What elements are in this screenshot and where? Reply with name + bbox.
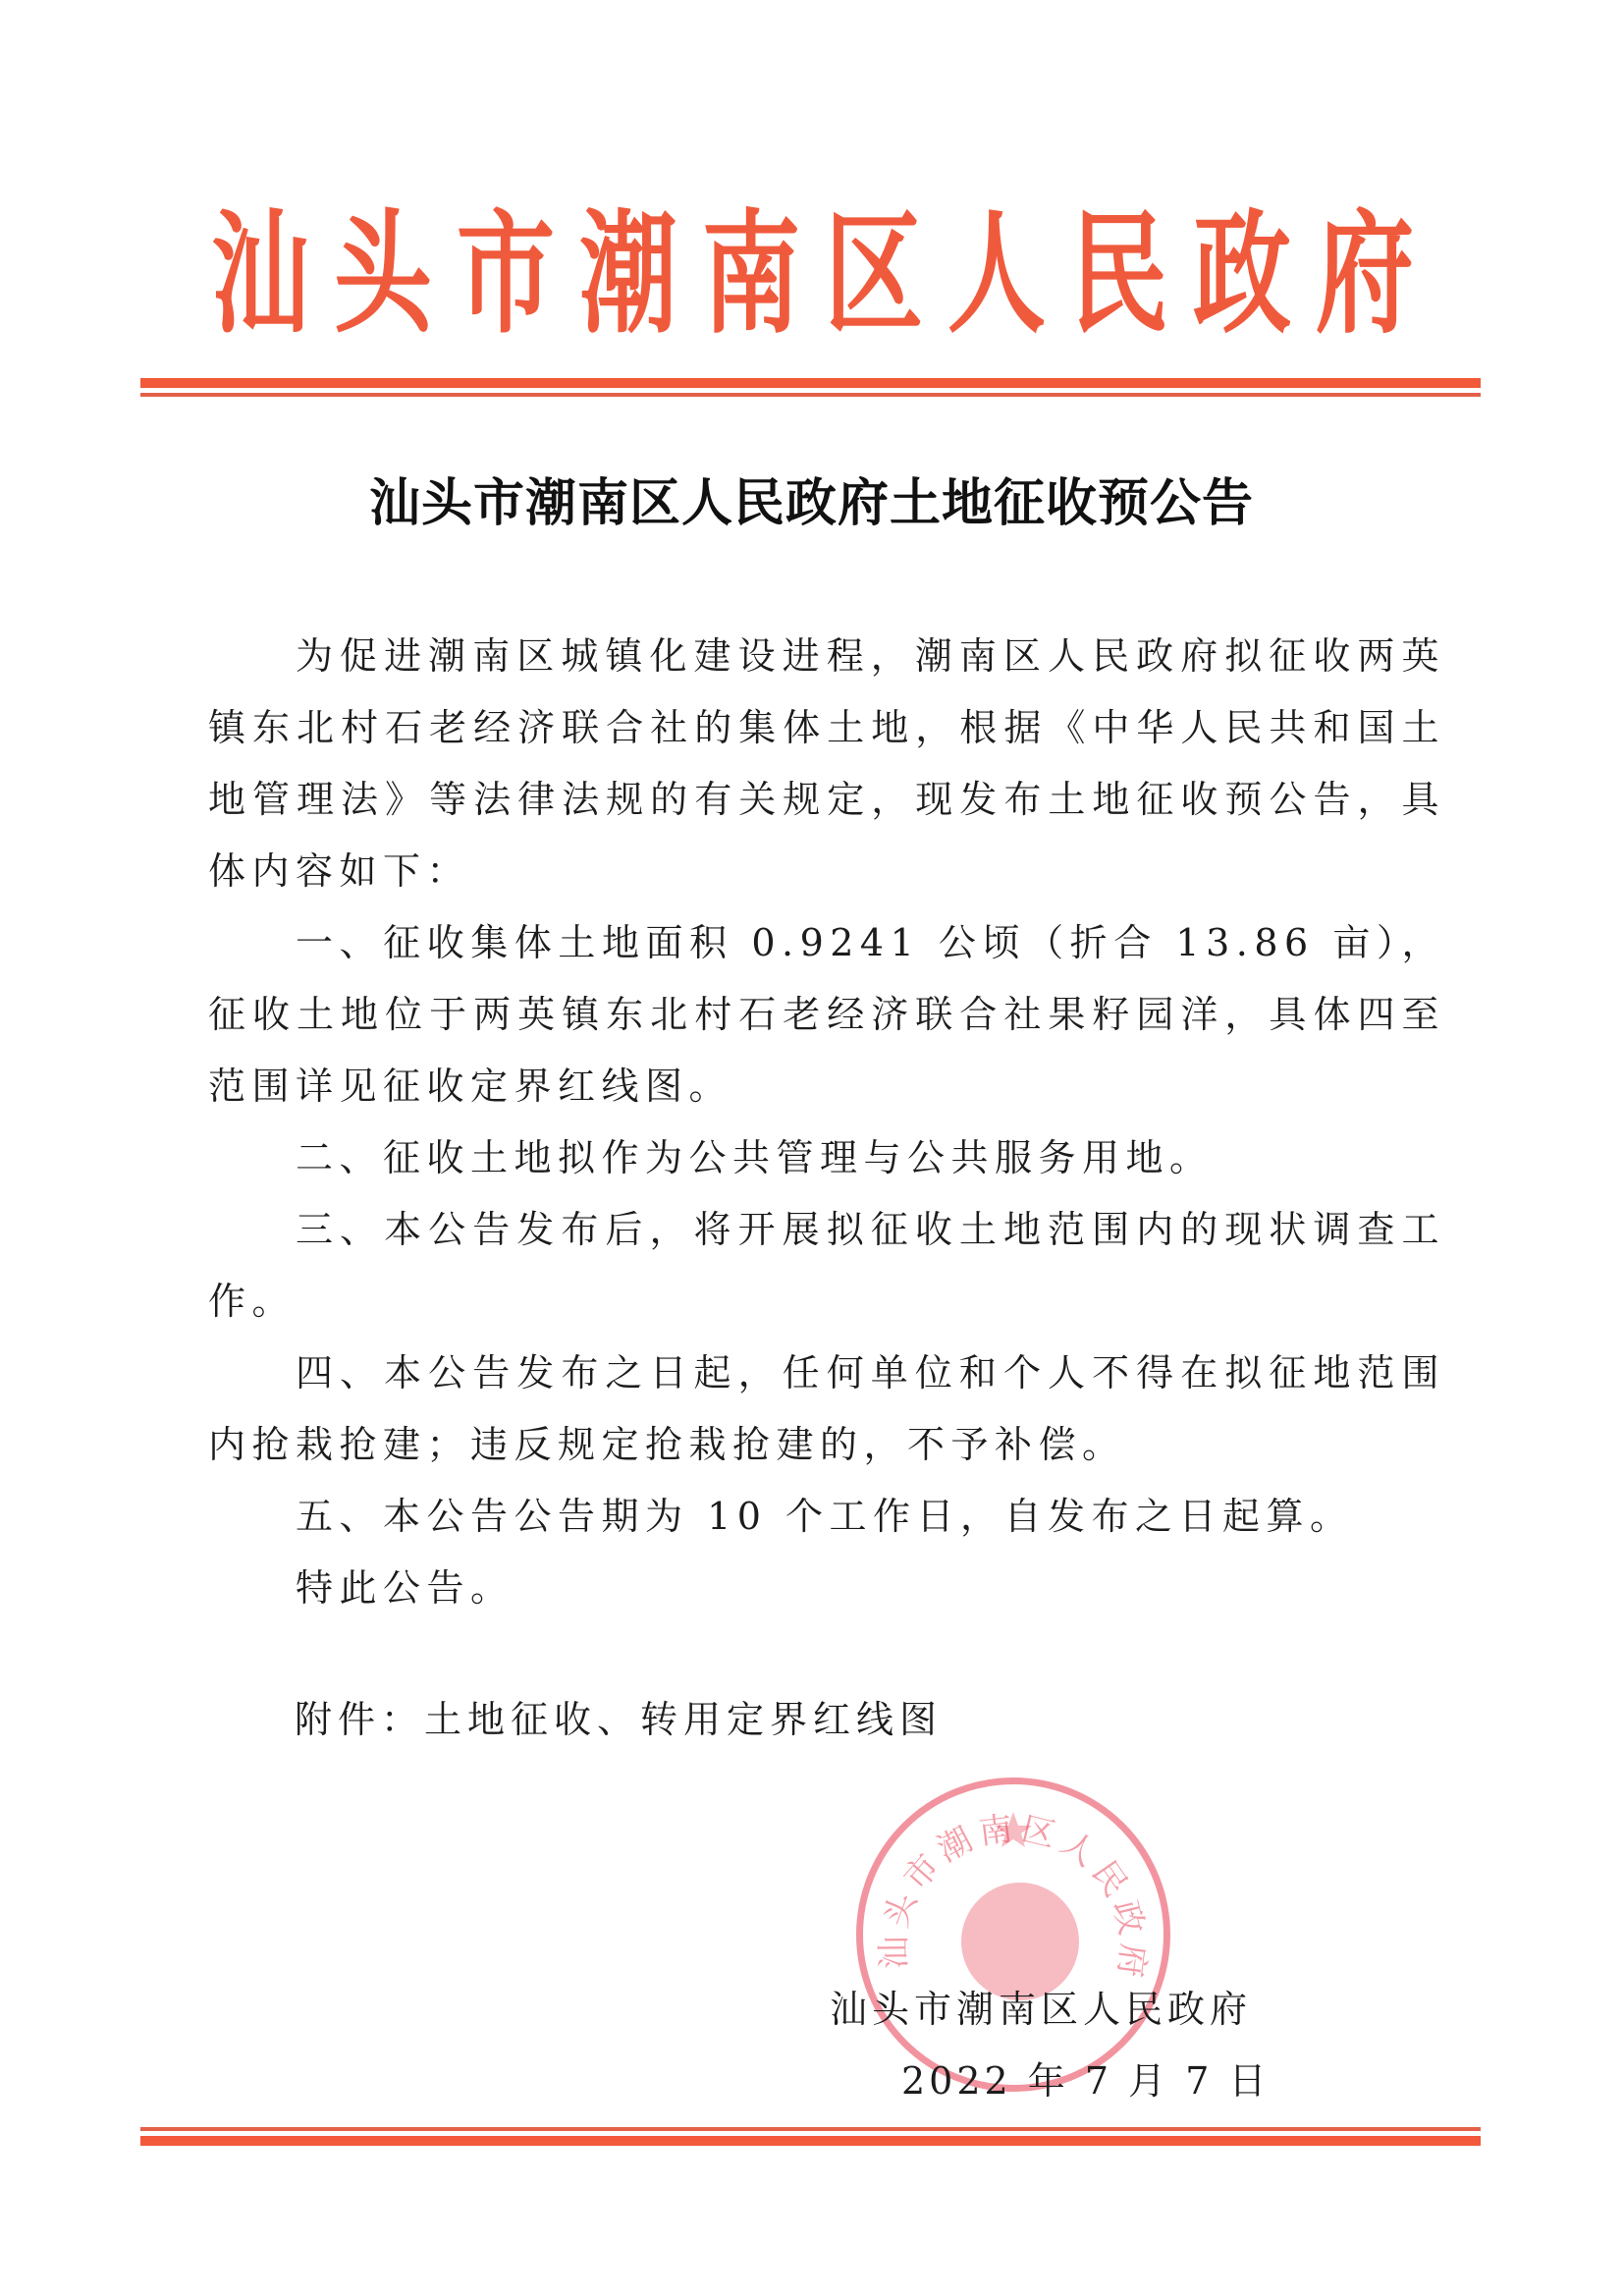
attachment-note: 附件：土地征收、转用定界红线图 xyxy=(295,1689,943,1743)
clause-4: 四、本公告发布之日起，任何单位和个人不得在拟征地范围内抢栽抢建；违反规定抢栽抢建… xyxy=(208,1338,1445,1481)
clause-3: 三、本公告发布后，将开展拟征收土地范围内的现状调查工作。 xyxy=(208,1194,1445,1338)
issuer-signature: 汕头市潮南区人民政府 xyxy=(830,1979,1252,2033)
letterhead-char: 人 xyxy=(947,209,1046,342)
letterhead-char: 区 xyxy=(825,209,923,342)
letterhead-char: 政 xyxy=(1193,209,1291,342)
clause-1: 一、征收集体土地面积 0.9241 公顷（折合 13.86 亩），征收土地位于两… xyxy=(208,907,1445,1122)
letterhead-char: 市 xyxy=(457,209,555,342)
letterhead-char: 潮 xyxy=(579,209,677,342)
footer-rule-thin xyxy=(140,2127,1481,2131)
footer-rule-thick xyxy=(140,2136,1481,2146)
letterhead-char: 头 xyxy=(334,209,432,342)
intro-paragraph: 为促进潮南区城镇化建设进程，潮南区人民政府拟征收两英镇东北村石老经济联合社的集体… xyxy=(208,621,1445,907)
header-rule-thin xyxy=(140,393,1481,397)
letterhead-char: 南 xyxy=(702,209,800,342)
letterhead-char: 民 xyxy=(1070,209,1168,342)
document-body: 为促进潮南区城镇化建设进程，潮南区人民政府拟征收两英镇东北村石老经济联合社的集体… xyxy=(208,621,1445,1624)
document-title: 汕头市潮南区人民政府土地征收预公告 xyxy=(0,462,1623,535)
letterhead-char: 汕 xyxy=(211,209,309,342)
letterhead-char: 府 xyxy=(1316,209,1414,342)
issue-date: 2022 年 7 月 7 日 xyxy=(901,2050,1270,2105)
clause-5: 五、本公告公告期为 10 个工作日，自发布之日起算。 xyxy=(208,1481,1445,1553)
official-seal: 汕头市潮南区人民政府 xyxy=(856,1777,1170,2092)
closing-line: 特此公告。 xyxy=(208,1553,1445,1624)
clause-2: 二、征收土地拟作为公共管理与公共服务用地。 xyxy=(208,1122,1445,1194)
letterhead: 汕 头 市 潮 南 区 人 民 政 府 xyxy=(211,201,1414,349)
header-rule-thick xyxy=(140,378,1481,388)
